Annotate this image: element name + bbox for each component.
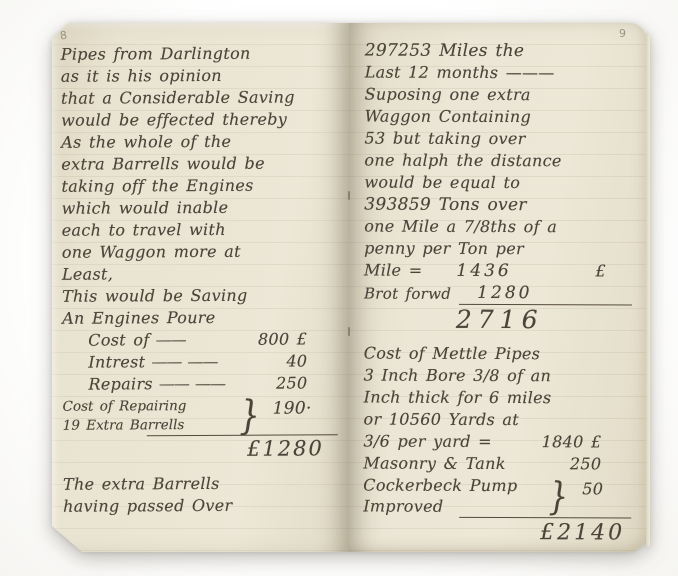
photo-background: 8 Pipes from Darlington as it is his opi… — [0, 0, 678, 576]
handwritten-line: An Engines Poure — [62, 306, 337, 329]
handwritten-line: Cost of Repairing — [63, 397, 237, 417]
bracket-labels: Cost of Repairing 19 Extra Barrells — [63, 397, 237, 436]
handwritten-line: Pipes from Darlington — [61, 42, 336, 65]
handwritten-line: or 10560 Yards at — [363, 409, 631, 432]
right-total-amount: £2140 — [540, 520, 625, 545]
left-page: 8 Pipes from Darlington as it is his opi… — [52, 23, 349, 552]
binding-stitch — [348, 191, 350, 200]
handwritten-line: Least, — [62, 262, 337, 285]
ledger-row-intrest: Intrest —— —— 40 — [62, 350, 337, 373]
mile-label: Mile = — [364, 260, 422, 282]
handwritten-line: would be effected thereby — [61, 108, 336, 131]
brought-forward-value: 1280 — [459, 282, 632, 306]
mile-value: 1436 — [456, 260, 511, 282]
right-page-handwriting: 297253 Miles the Last 12 months ——— Supo… — [348, 22, 647, 552]
cost-row-masonry: Masonry & Tank 250 — [363, 453, 631, 476]
handwritten-line: that a Considerable Saving — [61, 86, 336, 109]
handwritten-line: extra Barrells would be — [61, 152, 336, 175]
ledger-dashes: —— —— — [145, 351, 217, 373]
handwritten-line: As the whole of the — [61, 130, 336, 153]
handwritten-line: Suposing one extra — [365, 84, 633, 107]
handwritten-line: 53 but taking over — [364, 128, 632, 151]
handwritten-line: The extra Barrells — [63, 472, 338, 495]
handwritten-line: taking off the Engines — [61, 174, 336, 197]
curly-brace: } — [239, 397, 260, 435]
handwritten-line: Waggon Containing — [365, 106, 633, 129]
cost-label: Masonry & Tank — [363, 453, 505, 475]
handwritten-line: having passed Over — [63, 494, 338, 517]
ledger-dashes: —— — [149, 329, 185, 351]
handwritten-line: Cost of Mettle Pipes — [364, 343, 632, 366]
cost-value: 250 — [570, 453, 632, 475]
binding-stitch — [348, 327, 350, 336]
repairing-bracket-group: Cost of Repairing 19 Extra Barrells } 19… — [63, 396, 338, 435]
handwritten-line: penny per Ton per — [364, 238, 632, 261]
handwritten-line: Last 12 months ——— — [365, 62, 633, 85]
ledger-label: Intrest — [62, 351, 145, 373]
brought-forward-row: Brot forwd 1280 — [364, 282, 632, 306]
bracket-labels: Cockerbeck Pump Improved — [363, 475, 546, 518]
handwritten-line: one Mile a 7/8ths of a — [364, 216, 632, 239]
curly-brace: } — [548, 478, 568, 514]
right-page: 9 297253 Miles the Last 12 months ——— Su… — [349, 23, 646, 552]
handwritten-line: Improved — [363, 496, 546, 518]
handwritten-line: 19 Extra Barrells — [63, 416, 237, 436]
left-total-amount: £1280 — [247, 436, 324, 460]
handwritten-line: 393859 Tons over — [364, 194, 632, 217]
ledger-value: 800 £ — [258, 328, 337, 350]
bracket-value: 190· — [263, 398, 338, 432]
ledger-row-repairs: Repairs —— —— 250 — [62, 372, 337, 395]
ledger-dashes: —— —— — [153, 373, 225, 395]
mile-total-row: Mile = 1436 £ — [364, 260, 632, 283]
subtotal-amount: 2716 — [364, 305, 632, 336]
cost-value: 1840 £ — [542, 431, 632, 453]
ledger-label: Repairs — [62, 373, 152, 395]
ledger-row-cost: Cost of —— 800 £ — [62, 328, 337, 351]
right-total-rule: £2140 — [459, 517, 631, 546]
handwritten-line: 297253 Miles the — [365, 40, 633, 63]
brought-forward-label: Brot forwd — [364, 283, 451, 305]
handwritten-line: Cockerbeck Pump — [363, 475, 546, 497]
handwritten-line: one Waggon more at — [62, 240, 337, 263]
handwritten-line: 3 Inch Bore 3/8 of an — [364, 365, 632, 388]
handwritten-line: Inch thick for 6 miles — [364, 387, 632, 410]
handwritten-line: one halph the distance — [364, 150, 632, 173]
notebook: 8 Pipes from Darlington as it is his opi… — [52, 23, 646, 552]
left-page-handwriting: Pipes from Darlington as it is his opini… — [51, 22, 351, 553]
handwritten-line: which would inable — [62, 196, 337, 219]
handwritten-line: as it is his opinion — [61, 64, 336, 87]
ledger-value: 40 — [286, 350, 337, 372]
mile-currency: £ — [596, 260, 633, 282]
bracket-value: 50 — [570, 479, 631, 514]
ledger-label: Cost of — [62, 329, 149, 351]
ledger-value: 250 — [276, 372, 338, 394]
cost-label: 3/6 per yard = — [363, 431, 492, 453]
handwritten-line: each to travel with — [62, 218, 337, 241]
handwritten-line: would be equal to — [364, 172, 632, 195]
cost-row-pipes: 3/6 per yard = 1840 £ — [363, 431, 631, 454]
pump-bracket-group: Cockerbeck Pump Improved } 50 — [363, 475, 631, 518]
handwritten-line: This would be Saving — [62, 284, 337, 307]
